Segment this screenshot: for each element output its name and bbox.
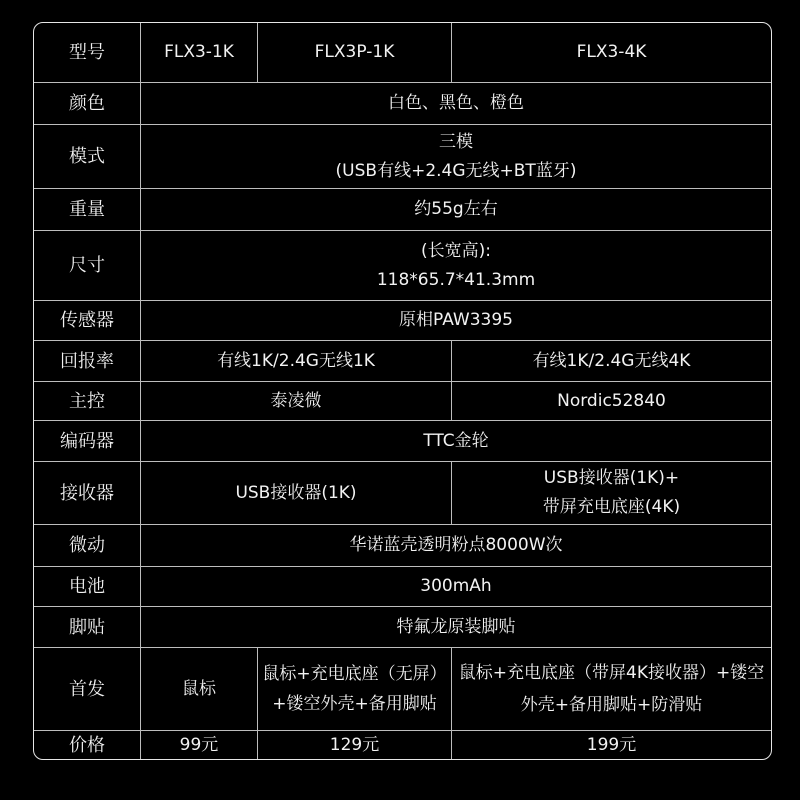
row-label-feet: 脚贴: [34, 607, 141, 648]
row-label-weight: 重量: [34, 189, 141, 231]
receiver-value-1k: USB接收器(1K): [141, 462, 452, 525]
bundle-value-flx3p-1k: 鼠标+充电底座（无屏）+镂空外壳+备用脚贴: [258, 648, 452, 731]
model-flx3-1k: FLX3-1K: [141, 23, 258, 83]
weight-value: 约55g左右: [141, 189, 771, 231]
mode-value: 三模 (USB有线+2.4G无线+BT蓝牙): [141, 125, 771, 189]
row-label-encoder: 编码器: [34, 421, 141, 462]
row-label-receiver: 接收器: [34, 462, 141, 525]
polling-value-1k: 有线1K/2.4G无线1K: [141, 341, 452, 382]
row-label-mode: 模式: [34, 125, 141, 189]
row-label-color: 颜色: [34, 83, 141, 125]
color-value: 白色、黑色、橙色: [141, 83, 771, 125]
sensor-value: 原相PAW3395: [141, 301, 771, 341]
price-flx3p-1k: 129元: [258, 731, 452, 759]
feet-value: 特氟龙原装脚贴: [141, 607, 771, 648]
spec-table: 型号 FLX3-1K FLX3P-1K FLX3-4K 颜色 白色、黑色、橙色 …: [33, 22, 772, 760]
mcu-value-4k: Nordic52840: [452, 382, 771, 421]
switch-value: 华诺蓝壳透明粉点8000W次: [141, 525, 771, 567]
battery-value: 300mAh: [141, 567, 771, 607]
header-label: 型号: [34, 23, 141, 83]
bundle-value-flx3-4k: 鼠标+充电底座（带屏4K接收器）+镂空外壳+备用脚贴+防滑贴: [452, 648, 771, 731]
encoder-value: TTC金轮: [141, 421, 771, 462]
price-flx3-4k: 199元: [452, 731, 771, 759]
row-label-switch: 微动: [34, 525, 141, 567]
row-label-sensor: 传感器: [34, 301, 141, 341]
row-label-battery: 电池: [34, 567, 141, 607]
row-label-price: 价格: [34, 731, 141, 759]
row-label-polling: 回报率: [34, 341, 141, 382]
size-value: (长宽高): 118*65.7*41.3mm: [141, 231, 771, 301]
bundle-value-flx3-1k: 鼠标: [141, 648, 258, 731]
row-label-size: 尺寸: [34, 231, 141, 301]
model-flx3p-1k: FLX3P-1K: [258, 23, 452, 83]
mcu-value-1k: 泰凌微: [141, 382, 452, 421]
row-label-bundle: 首发: [34, 648, 141, 731]
polling-value-4k: 有线1K/2.4G无线4K: [452, 341, 771, 382]
row-label-mcu: 主控: [34, 382, 141, 421]
receiver-value-4k: USB接收器(1K)+ 带屏充电底座(4K): [452, 462, 771, 525]
price-flx3-1k: 99元: [141, 731, 258, 759]
model-flx3-4k: FLX3-4K: [452, 23, 771, 83]
